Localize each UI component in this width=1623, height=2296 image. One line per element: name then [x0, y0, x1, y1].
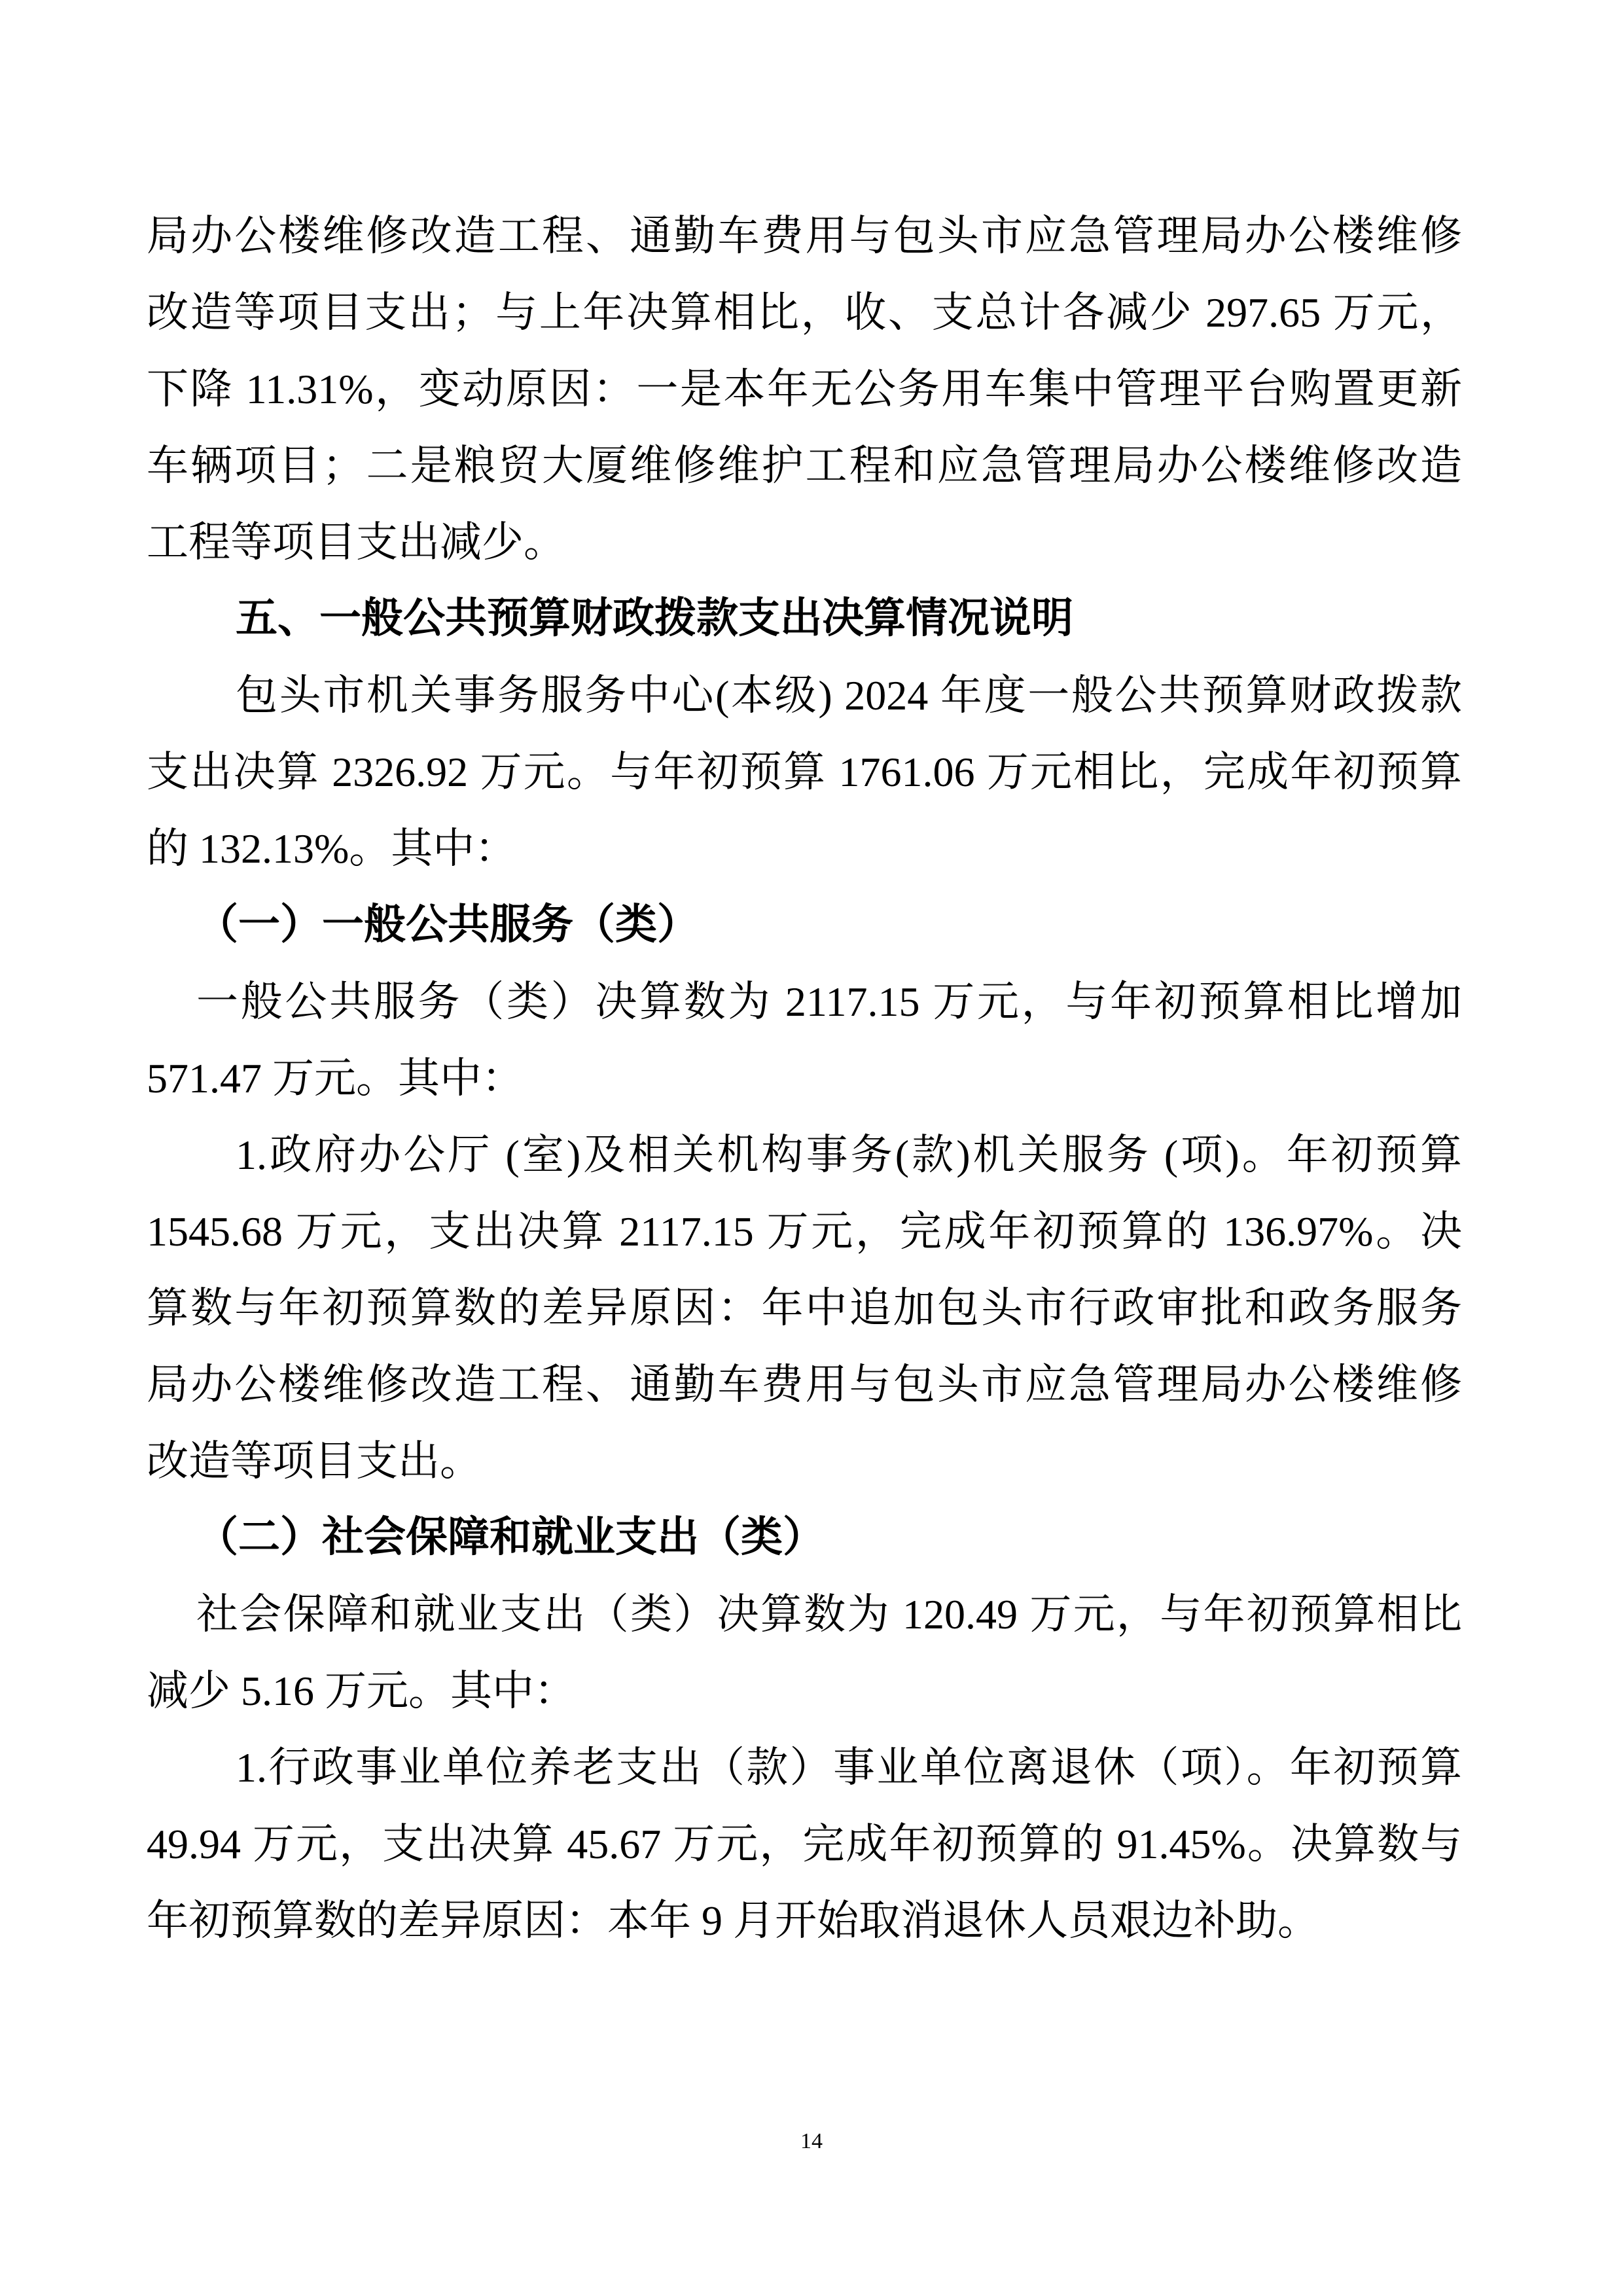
paragraph-line: 的 132.13%。其中： — [147, 810, 1462, 887]
page-number: 14 — [0, 2128, 1623, 2155]
paragraph-line: 支出决算 2326.92 万元。与年初预算 1761.06 万元相比，完成年初预… — [147, 734, 1462, 810]
paragraph-line: 工程等项目支出减少。 — [147, 504, 1462, 581]
section-heading: 五、一般公共预算财政拨款支出决算情况说明 — [236, 581, 1462, 657]
paragraph-line: 社会保障和就业支出（类）决算数为 120.49 万元，与年初预算相比 — [196, 1576, 1462, 1653]
paragraph-line: 算数与年初预算数的差异原因：年中追加包头市行政审批和政务服务 — [147, 1270, 1462, 1346]
subsection-heading: （二）社会保障和就业支出（类） — [196, 1499, 1462, 1576]
paragraph-line: 改造等项目支出；与上年决算相比，收、支总计各减少 297.65 万元， — [147, 274, 1462, 351]
paragraph-line: 局办公楼维修改造工程、通勤车费用与包头市应急管理局办公楼维修 — [147, 1346, 1462, 1423]
paragraph-line: 571.47 万元。其中： — [147, 1040, 1462, 1117]
paragraph-line: 1.行政事业单位养老支出（款）事业单位离退休（项）。年初预算 — [236, 1729, 1462, 1806]
paragraph-line: 改造等项目支出。 — [147, 1423, 1462, 1499]
paragraph-line: 局办公楼维修改造工程、通勤车费用与包头市应急管理局办公楼维修 — [147, 198, 1462, 274]
paragraph-line: 年初预算数的差异原因：本年 9 月开始取消退休人员艰边补助。 — [147, 1882, 1462, 1959]
paragraph-line: 49.94 万元，支出决算 45.67 万元，完成年初预算的 91.45%。决算… — [147, 1806, 1462, 1882]
subsection-heading: （一）一般公共服务（类） — [196, 887, 1462, 963]
paragraph-line: 车辆项目；二是粮贸大厦维修维护工程和应急管理局办公楼维修改造 — [147, 427, 1462, 504]
paragraph-line: 1.政府办公厅 (室)及相关机构事务(款)机关服务 (项)。年初预算 — [236, 1117, 1462, 1193]
paragraph-line: 减少 5.16 万元。其中： — [147, 1653, 1462, 1729]
paragraph-line: 一般公共服务（类）决算数为 2117.15 万元，与年初预算相比增加 — [196, 963, 1462, 1040]
document-page: 局办公楼维修改造工程、通勤车费用与包头市应急管理局办公楼维修 改造等项目支出；与… — [0, 0, 1623, 2296]
paragraph-line: 包头市机关事务服务中心(本级) 2024 年度一般公共预算财政拨款 — [236, 657, 1462, 734]
paragraph-line: 下降 11.31%，变动原因：一是本年无公务用车集中管理平台购置更新 — [147, 351, 1462, 427]
paragraph-line: 1545.68 万元，支出决算 2117.15 万元，完成年初预算的 136.9… — [147, 1193, 1462, 1270]
